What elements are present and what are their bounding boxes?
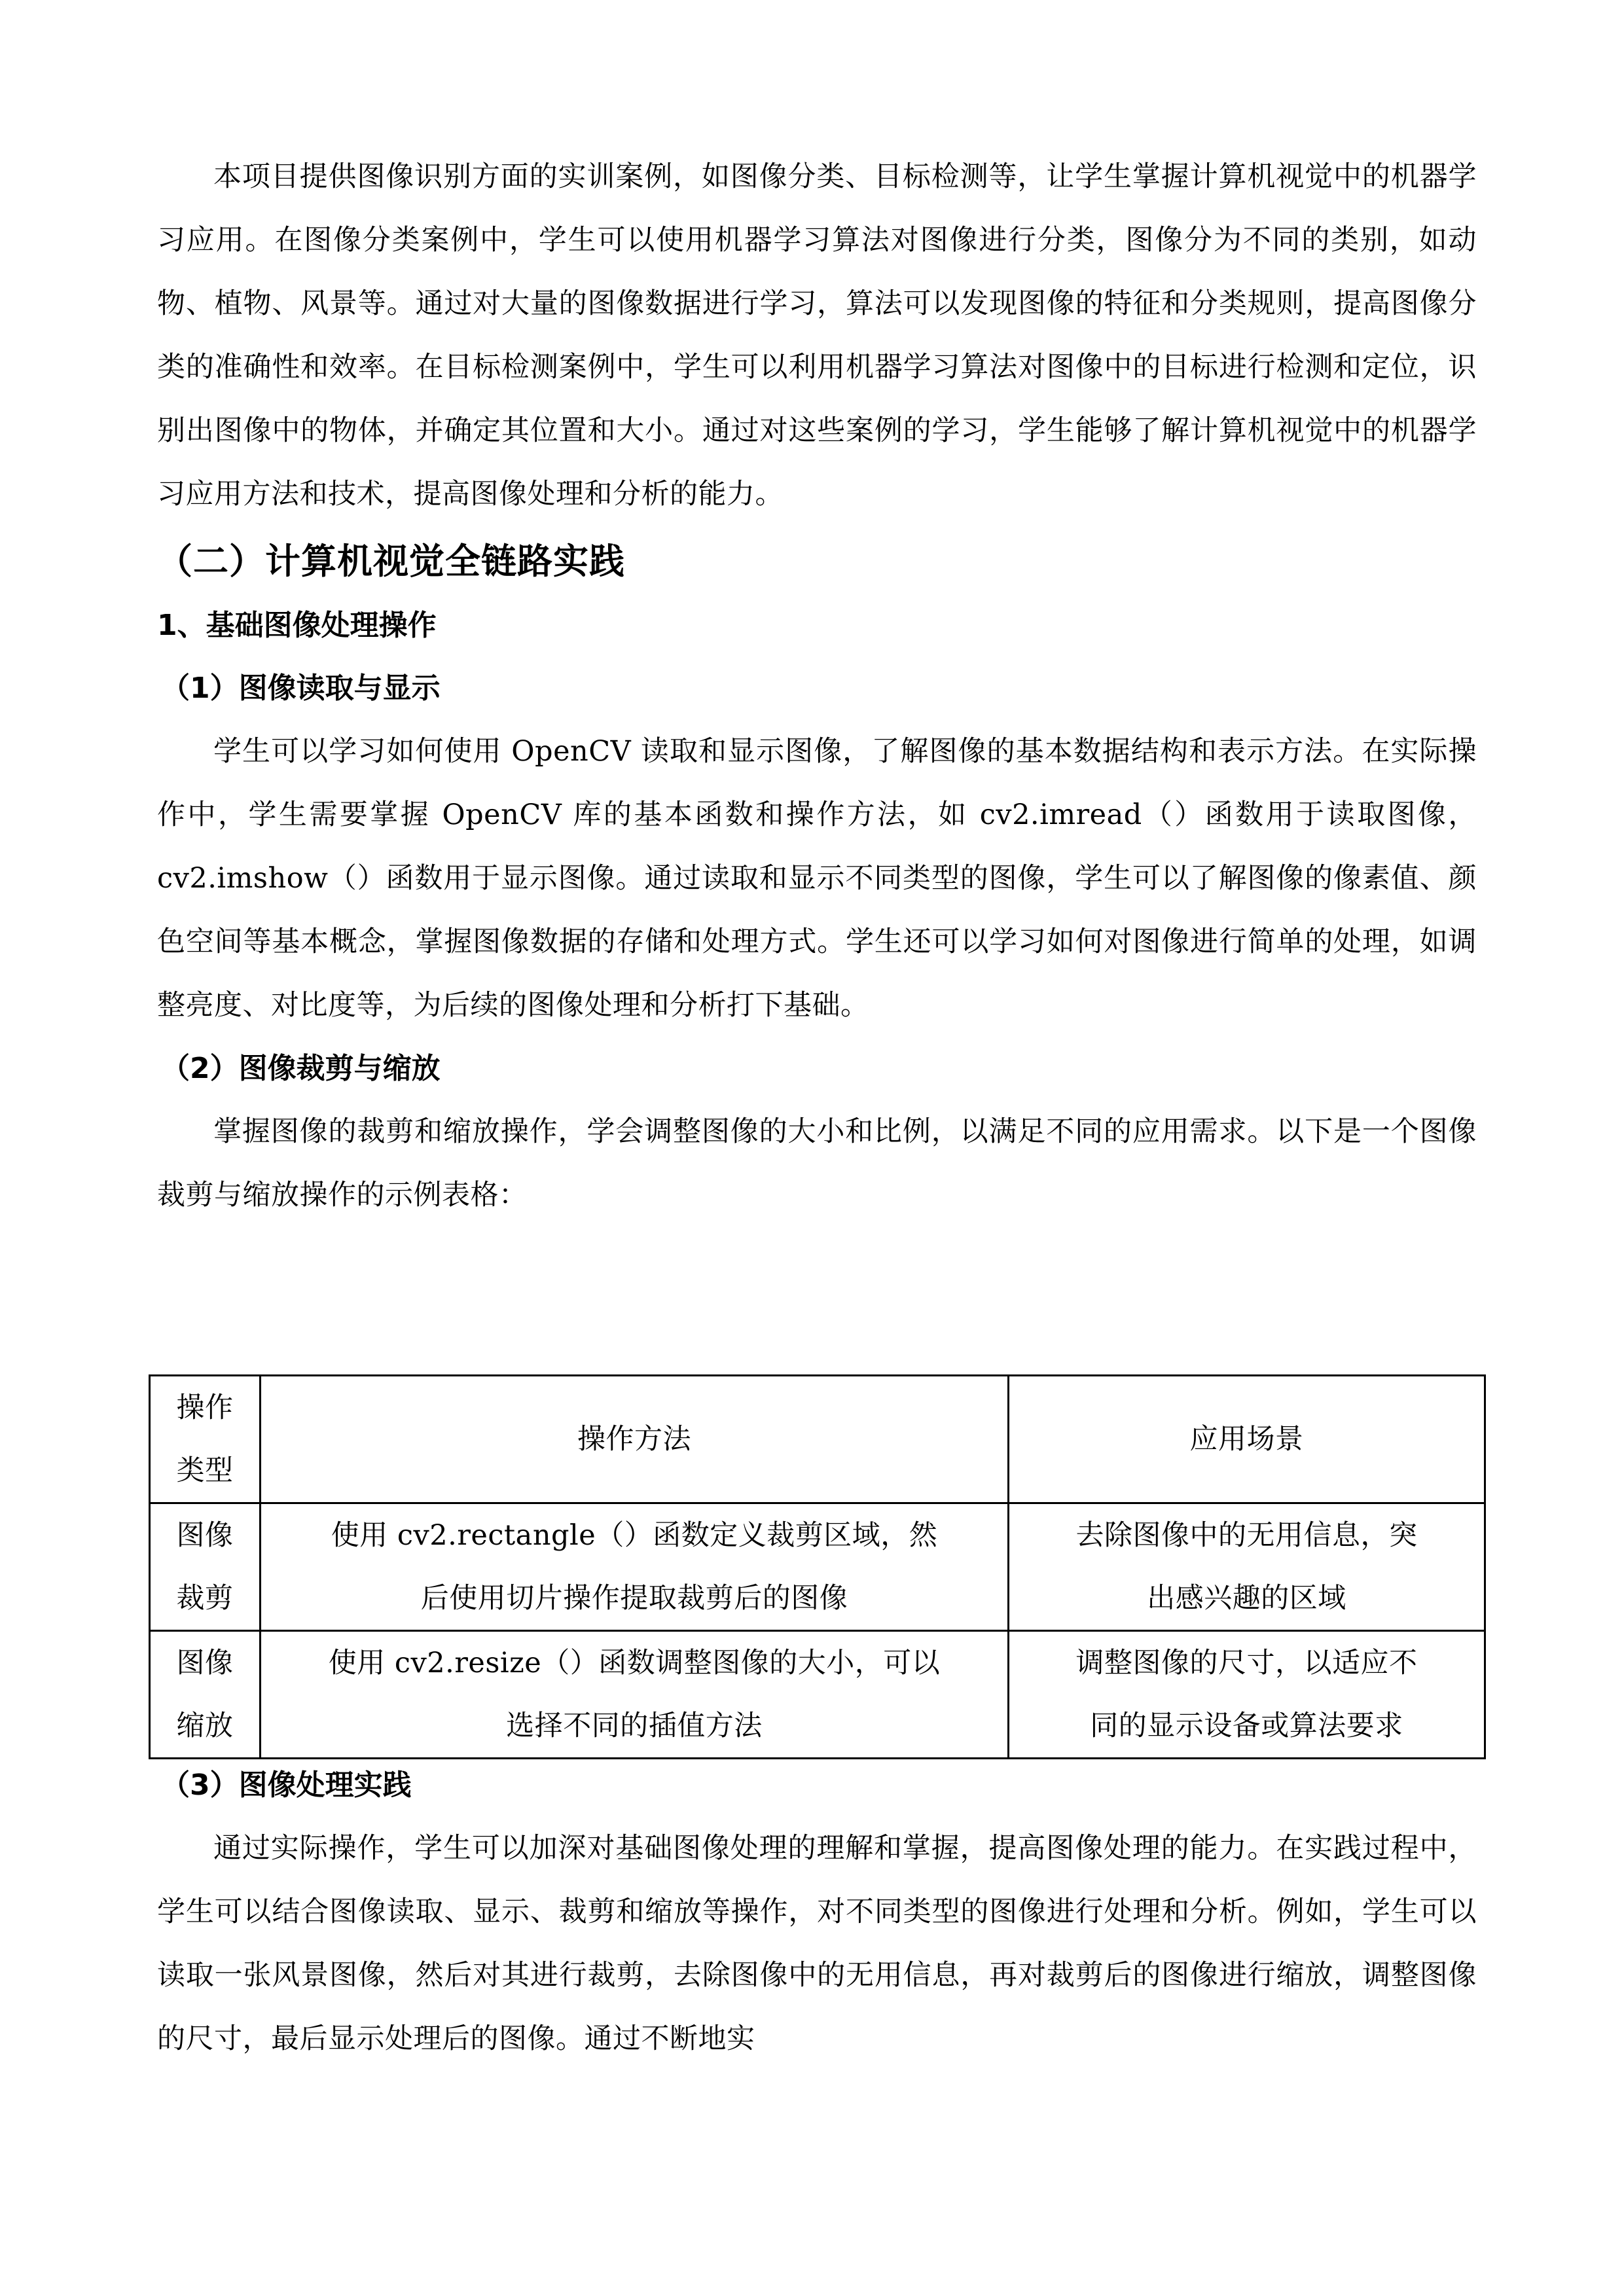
item3-heading: （3）图像处理实践 xyxy=(161,1754,1477,1817)
section-heading: （二）计算机视觉全链路实践 xyxy=(157,529,1477,594)
item2-paragraph: 掌握图像的裁剪和缩放操作，学会调整图像的大小和比例，以满足不同的应用需求。以下是… xyxy=(157,1100,1477,1227)
header-application-scenario: 应用场景 xyxy=(1009,1376,1485,1503)
row-method-cell: 使用 cv2.rectangle（）函数定义裁剪区域，然 后使用切片操作提取裁剪… xyxy=(261,1503,1009,1631)
item1-paragraph: 学生可以学习如何使用 OpenCV 读取和显示图像，了解图像的基本数据结构和表示… xyxy=(157,720,1477,1037)
item2-heading: （2）图像裁剪与缩放 xyxy=(161,1037,1477,1100)
cell-line: 图像 xyxy=(151,1632,259,1695)
cell-line: 出感兴趣的区域 xyxy=(1016,1567,1477,1630)
subsection-heading: 1、基础图像处理操作 xyxy=(157,594,1477,657)
row-method-cell: 使用 cv2.resize（）函数调整图像的大小，可以 选择不同的插值方法 xyxy=(261,1631,1009,1759)
header-cell-line: 类型 xyxy=(151,1439,259,1502)
table-row: 图像 缩放 使用 cv2.resize（）函数调整图像的大小，可以 选择不同的插… xyxy=(150,1631,1485,1759)
cell-line: 裁剪 xyxy=(151,1567,259,1630)
header-operation-method: 操作方法 xyxy=(261,1376,1009,1503)
cell-line: 选择不同的插值方法 xyxy=(268,1695,1001,1757)
crop-resize-table: 操作 类型 操作方法 应用场景 图像 裁剪 使用 cv2.rectangle（）… xyxy=(149,1374,1486,1759)
table-header-row: 操作 类型 操作方法 应用场景 xyxy=(150,1376,1485,1503)
cell-line: 缩放 xyxy=(151,1695,259,1757)
table-row: 图像 裁剪 使用 cv2.rectangle（）函数定义裁剪区域，然 后使用切片… xyxy=(150,1503,1485,1631)
row-scenario-cell: 去除图像中的无用信息，突 出感兴趣的区域 xyxy=(1009,1503,1485,1631)
item1-heading: （1）图像读取与显示 xyxy=(161,657,1477,720)
cell-line: 使用 cv2.rectangle（）函数定义裁剪区域，然 xyxy=(268,1504,1001,1567)
row-scenario-cell: 调整图像的尺寸，以适应不 同的显示设备或算法要求 xyxy=(1009,1631,1485,1759)
row-type-cell: 图像 裁剪 xyxy=(150,1503,261,1631)
row-type-cell: 图像 缩放 xyxy=(150,1631,261,1759)
cell-line: 使用 cv2.resize（）函数调整图像的大小，可以 xyxy=(268,1632,1001,1695)
item3-paragraph: 通过实际操作，学生可以加深对基础图像处理的理解和掌握，提高图像处理的能力。在实践… xyxy=(157,1817,1477,2071)
cell-line: 同的显示设备或算法要求 xyxy=(1016,1695,1477,1757)
intro-paragraph: 本项目提供图像识别方面的实训案例，如图像分类、目标检测等，让学生掌握计算机视觉中… xyxy=(157,145,1477,526)
header-operation-type: 操作 类型 xyxy=(150,1376,261,1503)
cell-line: 图像 xyxy=(151,1504,259,1567)
cell-line: 后使用切片操作提取裁剪后的图像 xyxy=(268,1567,1001,1630)
document-body-continued: （3）图像处理实践 通过实际操作，学生可以加深对基础图像处理的理解和掌握，提高图… xyxy=(157,1754,1477,2071)
document-body: 本项目提供图像识别方面的实训案例，如图像分类、目标检测等，让学生掌握计算机视觉中… xyxy=(157,145,1477,1227)
cell-line: 调整图像的尺寸，以适应不 xyxy=(1016,1632,1477,1695)
header-cell-line: 操作 xyxy=(151,1376,259,1439)
cell-line: 去除图像中的无用信息，突 xyxy=(1016,1504,1477,1567)
